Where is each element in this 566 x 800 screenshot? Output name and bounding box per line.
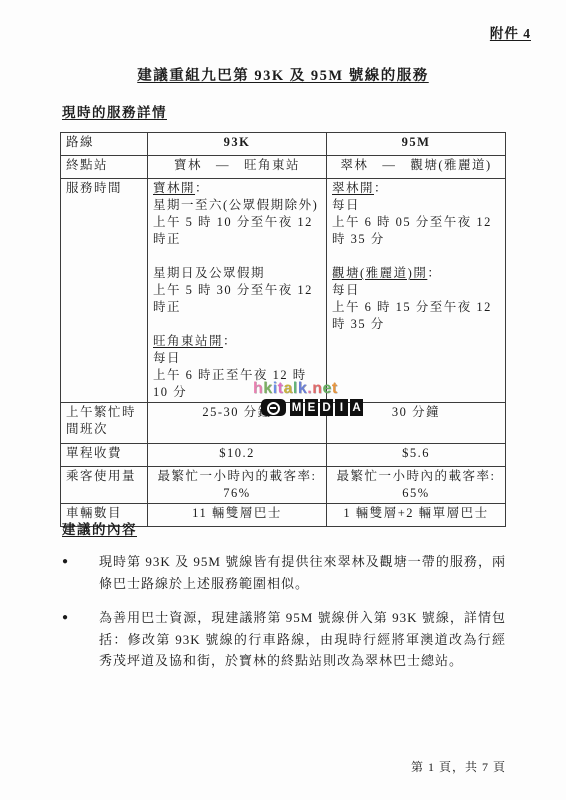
service-line: 星期一至六(公眾假期除外): [153, 197, 321, 214]
patronage-caption: 最繁忙一小時內的載客率:: [153, 468, 321, 485]
row-label-terminus: 終點站: [61, 156, 148, 179]
service-line: 上午 6 時 05 分至午夜 12 時 35 分: [332, 214, 500, 248]
document-page: 附件 4 建議重組九巴第 93K 及 95M 號線的服務 現時的服務詳情 路線 …: [0, 0, 566, 800]
service-block-heading: 觀塘(雅麗道)開：: [332, 265, 500, 282]
row-label-service-hours: 服務時間: [61, 179, 148, 403]
section-heading-current-service: 現時的服務詳情: [62, 101, 167, 121]
service-block: 星期日及公眾假期 上午 5 時 30 分至午夜 12 時正: [153, 265, 321, 316]
service-line: 每日: [332, 197, 500, 214]
bullet-text-1: 現時第 93K 及 95M 號線皆有提供往來翠林及觀塘一帶的服務，兩條巴士路線於…: [99, 551, 506, 594]
row-label-route: 路線: [61, 133, 148, 156]
hkitalk-watermark: hkitalk.net: [253, 380, 338, 398]
proposal-bullet-list: ● 現時第 93K 及 95M 號線皆有提供往來翠林及觀塘一帶的服務，兩條巴士路…: [62, 551, 506, 685]
table-row-fare: 單程收費 $10.2 $5.6: [61, 444, 506, 467]
table-row-patronage: 乘客使用量 最繁忙一小時內的載客率: 76% 最繁忙一小時內的載客率: 65%: [61, 467, 506, 504]
camera-icon: [261, 399, 286, 416]
route-93k-header: 93K: [148, 133, 327, 156]
fleet-95m: 1 輛雙層+2 輛單層巴士: [327, 504, 506, 527]
service-block-heading: 旺角東站開：: [153, 333, 321, 350]
terminus-93k: 寶林 — 旺角東站: [148, 156, 327, 179]
service-line: 每日: [153, 350, 321, 367]
table-row-route: 路線 93K 95M: [61, 133, 506, 156]
terminus-95m: 翠林 — 觀塘(雅麗道): [327, 156, 506, 179]
route-95m-header: 95M: [327, 133, 506, 156]
fare-93k: $10.2: [148, 444, 327, 467]
service-hours-95m: 翠林開： 每日 上午 6 時 05 分至午夜 12 時 35 分 觀塘(雅麗道)…: [327, 179, 506, 403]
service-block-heading: 翠林開：: [332, 180, 500, 197]
section-heading-proposal: 建議的內容: [62, 518, 137, 538]
page-title: 建議重組九巴第 93K 及 95M 號線的服務: [0, 64, 566, 85]
patronage-caption: 最繁忙一小時內的載客率:: [332, 468, 500, 485]
service-block: 翠林開： 每日 上午 6 時 05 分至午夜 12 時 35 分: [332, 180, 500, 248]
patronage-93k: 最繁忙一小時內的載客率: 76%: [148, 467, 327, 504]
table-row-terminus: 終點站 寶林 — 旺角東站 翠林 — 觀塘(雅麗道): [61, 156, 506, 179]
service-hours-93k: 寶林開： 星期一至六(公眾假期除外) 上午 5 時 10 分至午夜 12 時正 …: [148, 179, 327, 403]
patronage-value-95m: 65%: [332, 485, 500, 502]
row-label-frequency: 上午繁忙時間班次: [61, 403, 148, 444]
service-line: 每日: [332, 282, 500, 299]
fare-95m: $5.6: [327, 444, 506, 467]
service-block: 觀塘(雅麗道)開： 每日 上午 6 時 15 分至午夜 12 時 35 分: [332, 265, 500, 333]
fleet-93k: 11 輛雙層巴士: [148, 504, 327, 527]
list-item: ● 為善用巴士資源，現建議將第 95M 號線併入第 93K 號線，詳情包括：修改…: [62, 607, 506, 672]
media-logo: MEDIA: [261, 399, 363, 416]
service-block: 寶林開： 星期一至六(公眾假期除外) 上午 5 時 10 分至午夜 12 時正: [153, 180, 321, 248]
list-item: ● 現時第 93K 及 95M 號線皆有提供往來翠林及觀塘一帶的服務，兩條巴士路…: [62, 551, 506, 594]
bullet-text-2: 為善用巴士資源，現建議將第 95M 號線併入第 93K 號線，詳情包括：修改第 …: [99, 607, 506, 672]
service-line: 上午 6 時 15 分至午夜 12 時 35 分: [332, 299, 500, 333]
service-line: 上午 5 時 30 分至午夜 12 時正: [153, 282, 321, 316]
service-line: 上午 5 時 10 分至午夜 12 時正: [153, 214, 321, 248]
row-label-patronage: 乘客使用量: [61, 467, 148, 504]
bullet-icon: ●: [62, 607, 99, 672]
service-details-table: 路線 93K 95M 終點站 寶林 — 旺角東站 翠林 — 觀塘(雅麗道) 服務…: [60, 132, 506, 527]
table-row-service-hours: 服務時間 寶林開： 星期一至六(公眾假期除外) 上午 5 時 10 分至午夜 1…: [61, 179, 506, 403]
page-number-footer: 第 1 頁，共 7 頁: [411, 758, 506, 775]
media-logo-letters: MEDIA: [288, 399, 363, 416]
bullet-icon: ●: [62, 551, 99, 594]
patronage-95m: 最繁忙一小時內的載客率: 65%: [327, 467, 506, 504]
attachment-label: 附件 4: [490, 22, 531, 42]
row-label-fare: 單程收費: [61, 444, 148, 467]
patronage-value-93k: 76%: [153, 485, 321, 502]
service-line: 星期日及公眾假期: [153, 265, 321, 282]
service-block-heading: 寶林開：: [153, 180, 321, 197]
